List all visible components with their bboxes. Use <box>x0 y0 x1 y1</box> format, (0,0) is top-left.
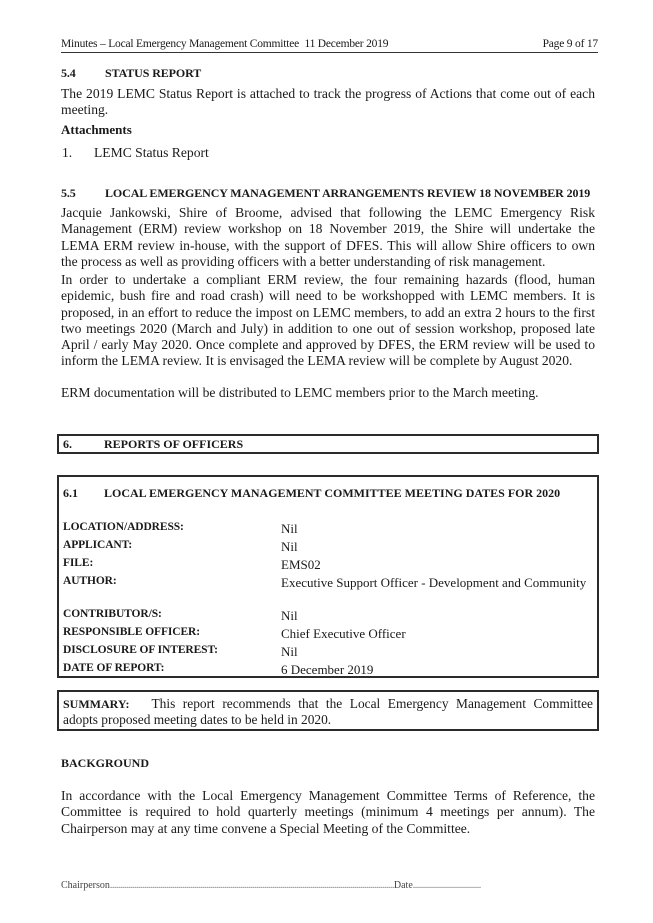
section-title: LOCAL EMERGENCY MANAGEMENT COMMITTEE MEE… <box>104 486 560 500</box>
chairperson-signature-line: ........................................… <box>110 880 394 891</box>
section-5-4-heading: 5.4STATUS REPORT <box>61 66 201 81</box>
section-number: 5.5 <box>61 186 105 201</box>
page-number: Page 9 of 17 <box>543 38 598 50</box>
summary-label: SUMMARY: <box>63 697 129 711</box>
field-value: Nil <box>281 644 593 659</box>
field-value: EMS02 <box>281 557 593 572</box>
field-value: 6 December 2019 <box>281 662 593 677</box>
field-label: FILE: <box>63 557 273 569</box>
field-label: RESPONSIBLE OFFICER: <box>63 626 273 638</box>
field-label: LOCATION/ADDRESS: <box>63 521 273 533</box>
section-number: 6. <box>63 437 104 452</box>
attachments-heading: Attachments <box>61 122 132 138</box>
field-label: APPLICANT: <box>63 539 273 551</box>
section-6-1-heading: 6.1LOCAL EMERGENCY MANAGEMENT COMMITTEE … <box>63 486 560 501</box>
field-label: DATE OF REPORT: <box>63 662 273 674</box>
section-title: LOCAL EMERGENCY MANAGEMENT ARRANGEMENTS … <box>105 186 590 200</box>
field-value: Chief Executive Officer <box>281 626 593 641</box>
section-5-5-paragraph-2: In order to undertake a compliant ERM re… <box>61 272 595 370</box>
field-value: Nil <box>281 521 593 536</box>
chairperson-label: Chairperson <box>61 880 110 891</box>
section-6-heading: 6.REPORTS OF OFFICERS <box>63 437 243 452</box>
section-5-5-paragraph-3: ERM documentation will be distributed to… <box>61 385 595 401</box>
section-6-1-box: 6.1LOCAL EMERGENCY MANAGEMENT COMMITTEE … <box>57 475 599 678</box>
date-signature-line: .................................. <box>413 880 481 891</box>
section-number: 5.4 <box>61 66 105 81</box>
field-value: Nil <box>281 608 593 623</box>
field-label: CONTRIBUTOR/S: <box>63 608 273 620</box>
signature-footer: Chairperson.............................… <box>61 880 561 891</box>
field-label: DISCLOSURE OF INTEREST: <box>63 644 273 656</box>
document-title: Minutes – Local Emergency Management Com… <box>61 38 388 50</box>
summary-text: SUMMARY:This report recommends that the … <box>63 696 593 728</box>
section-5-5-paragraph-1: Jacquie Jankowski, Shire of Broome, advi… <box>61 205 595 270</box>
section-title: STATUS REPORT <box>105 66 201 80</box>
field-value: Executive Support Officer - Development … <box>281 575 593 590</box>
field-value: Nil <box>281 539 593 554</box>
attachment-link[interactable]: LEMC Status Report <box>94 145 209 160</box>
page-header: Minutes – Local Emergency Management Com… <box>61 38 598 53</box>
section-5-4-body: The 2019 LEMC Status Report is attached … <box>61 86 595 119</box>
section-number: 6.1 <box>63 486 104 501</box>
field-label: AUTHOR: <box>63 575 273 587</box>
summary-box: SUMMARY:This report recommends that the … <box>57 690 599 731</box>
background-heading: BACKGROUND <box>61 756 149 771</box>
attachment-item[interactable]: 1.LEMC Status Report <box>62 145 209 161</box>
section-6-box: 6.REPORTS OF OFFICERS <box>57 434 599 454</box>
background-body: In accordance with the Local Emergency M… <box>61 788 595 837</box>
section-5-5-heading: 5.5LOCAL EMERGENCY MANAGEMENT ARRANGEMEN… <box>61 186 590 201</box>
section-title: REPORTS OF OFFICERS <box>104 437 243 451</box>
date-label: Date <box>394 880 413 891</box>
summary-body: This report recommends that the Local Em… <box>63 696 593 727</box>
attachment-number: 1. <box>62 145 94 161</box>
